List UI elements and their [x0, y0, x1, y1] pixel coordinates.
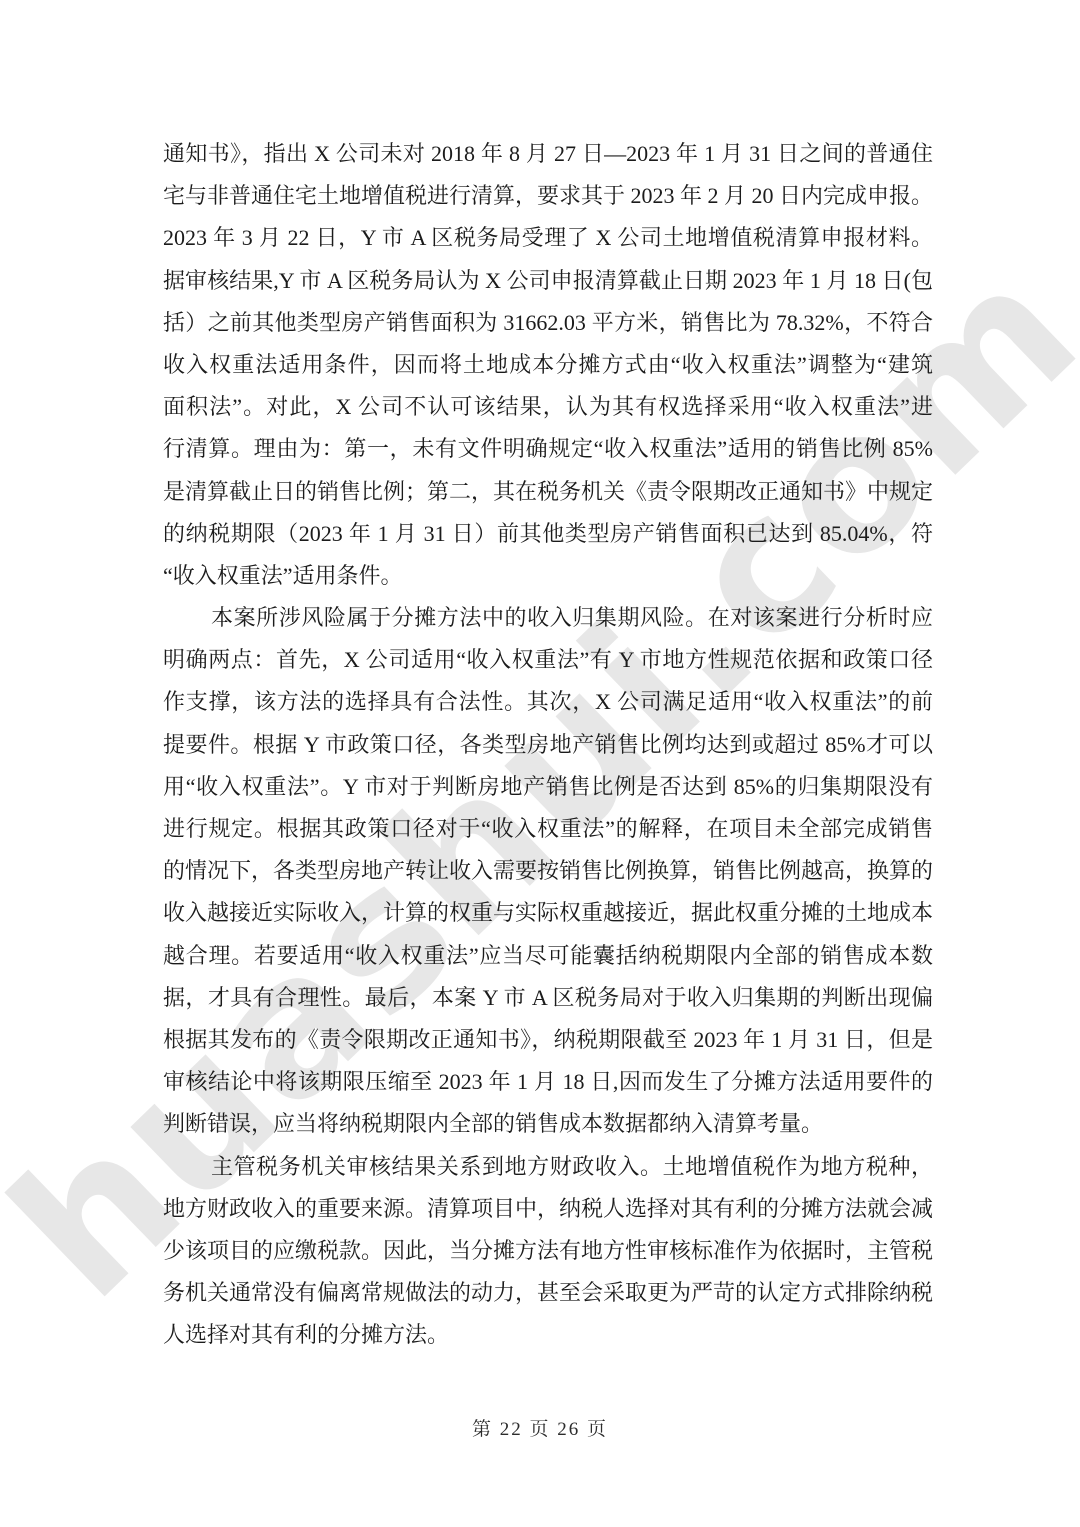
text-line: 据审核结果,Y 市 A 区税务局认为 X 公司申报清算截止日期 2023 年 1… [163, 260, 933, 302]
text-line: 括）之前其他类型房产销售面积为 31662.03 平方米，销售比为 78.32%… [163, 302, 933, 344]
text-line: 据，才具有合理性。最后，本案 Y 市 A 区税务局对于收入归集期的判断出现偏差。 [163, 977, 933, 1019]
text-line: 的情况下，各类型房地产转让收入需要按销售比例换算，销售比例越高，换算的 [163, 850, 933, 892]
text-line: 地方财政收入的重要来源。清算项目中，纳税人选择对其有利的分摊方法就会减 [163, 1188, 933, 1230]
paragraph: 主管税务机关审核结果关系到地方财政收入。土地增值税作为地方税种，是地方财政收入的… [163, 1146, 933, 1357]
text-line: 判断错误，应当将纳税期限内全部的销售成本数据都纳入清算考量。 [163, 1103, 933, 1145]
text-line: 明确两点：首先，X 公司适用“收入权重法”有 Y 市地方性规范依据和政策口径 [163, 639, 933, 681]
scanned-document-page: huashui.com 通知书》，指出 X 公司未对 2018 年 8 月 27… [0, 0, 1080, 1527]
text-line: 少该项目的应缴税款。因此，当分摊方法有地方性审核标准作为依据时，主管税 [163, 1230, 933, 1272]
text-line: “收入权重法”适用条件。 [163, 555, 933, 597]
text-line: 根据其发布的《责令限期改正通知书》，纳税期限截至 2023 年 1 月 31 日… [163, 1019, 933, 1061]
text-line: 提要件。根据 Y 市政策口径，各类型房地产销售比例均达到或超过 85%才可以适 [163, 724, 933, 766]
document-body: 通知书》，指出 X 公司未对 2018 年 8 月 27 日—2023 年 1 … [163, 133, 933, 1356]
text-line: 审核结论中将该期限压缩至 2023 年 1 月 18 日,因而发生了分摊方法适用… [163, 1061, 933, 1103]
text-line: 面积法”。对此，X 公司不认可该结果，认为其有权选择采用“收入权重法”进 [163, 386, 933, 428]
text-line: 进行规定。根据其政策口径对于“收入权重法”的解释，在项目未全部完成销售 [163, 808, 933, 850]
text-line: 越合理。若要适用“收入权重法”应当尽可能囊括纳税期限内全部的销售成本数 [163, 935, 933, 977]
text-line: 作支撑，该方法的选择具有合法性。其次，X 公司满足适用“收入权重法”的前 [163, 681, 933, 723]
text-line: 本案所涉风险属于分摊方法中的收入归集期风险。在对该案进行分析时应当 [163, 597, 933, 639]
text-line: 宅与非普通住宅土地增值税进行清算，要求其于 2023 年 2 月 20 日内完成… [163, 175, 933, 217]
text-line: 收入权重法适用条件，因而将土地成本分摊方式由“收入权重法”调整为“建筑 [163, 344, 933, 386]
page-number-footer: 第 22 页 26 页 [0, 1414, 1080, 1441]
text-line: 是清算截止日的销售比例；第二，其在税务机关《责令限期改正通知书》中规定 [163, 471, 933, 513]
paragraph: 通知书》，指出 X 公司未对 2018 年 8 月 27 日—2023 年 1 … [163, 133, 933, 597]
text-line: 行清算。理由为：第一，未有文件明确规定“收入权重法”适用的销售比例 85% [163, 428, 933, 470]
text-line: 用“收入权重法”。Y 市对于判断房地产销售比例是否达到 85%的归集期限没有 [163, 766, 933, 808]
text-line: 收入越接近实际收入，计算的权重与实际权重越接近，据此权重分摊的土地成本 [163, 892, 933, 934]
text-line: 2023 年 3 月 22 日，Y 市 A 区税务局受理了 X 公司土地增值税清… [163, 217, 933, 259]
text-line: 人选择对其有利的分摊方法。 [163, 1314, 933, 1356]
text-line: 主管税务机关审核结果关系到地方财政收入。土地增值税作为地方税种，是 [163, 1146, 933, 1188]
text-line: 务机关通常没有偏离常规做法的动力，甚至会采取更为严苛的认定方式排除纳税 [163, 1272, 933, 1314]
paragraph: 本案所涉风险属于分摊方法中的收入归集期风险。在对该案进行分析时应当明确两点：首先… [163, 597, 933, 1145]
text-line: 的纳税期限（2023 年 1 月 31 日）前其他类型房产销售面积已达到 85.… [163, 513, 933, 555]
text-line: 通知书》，指出 X 公司未对 2018 年 8 月 27 日—2023 年 1 … [163, 133, 933, 175]
